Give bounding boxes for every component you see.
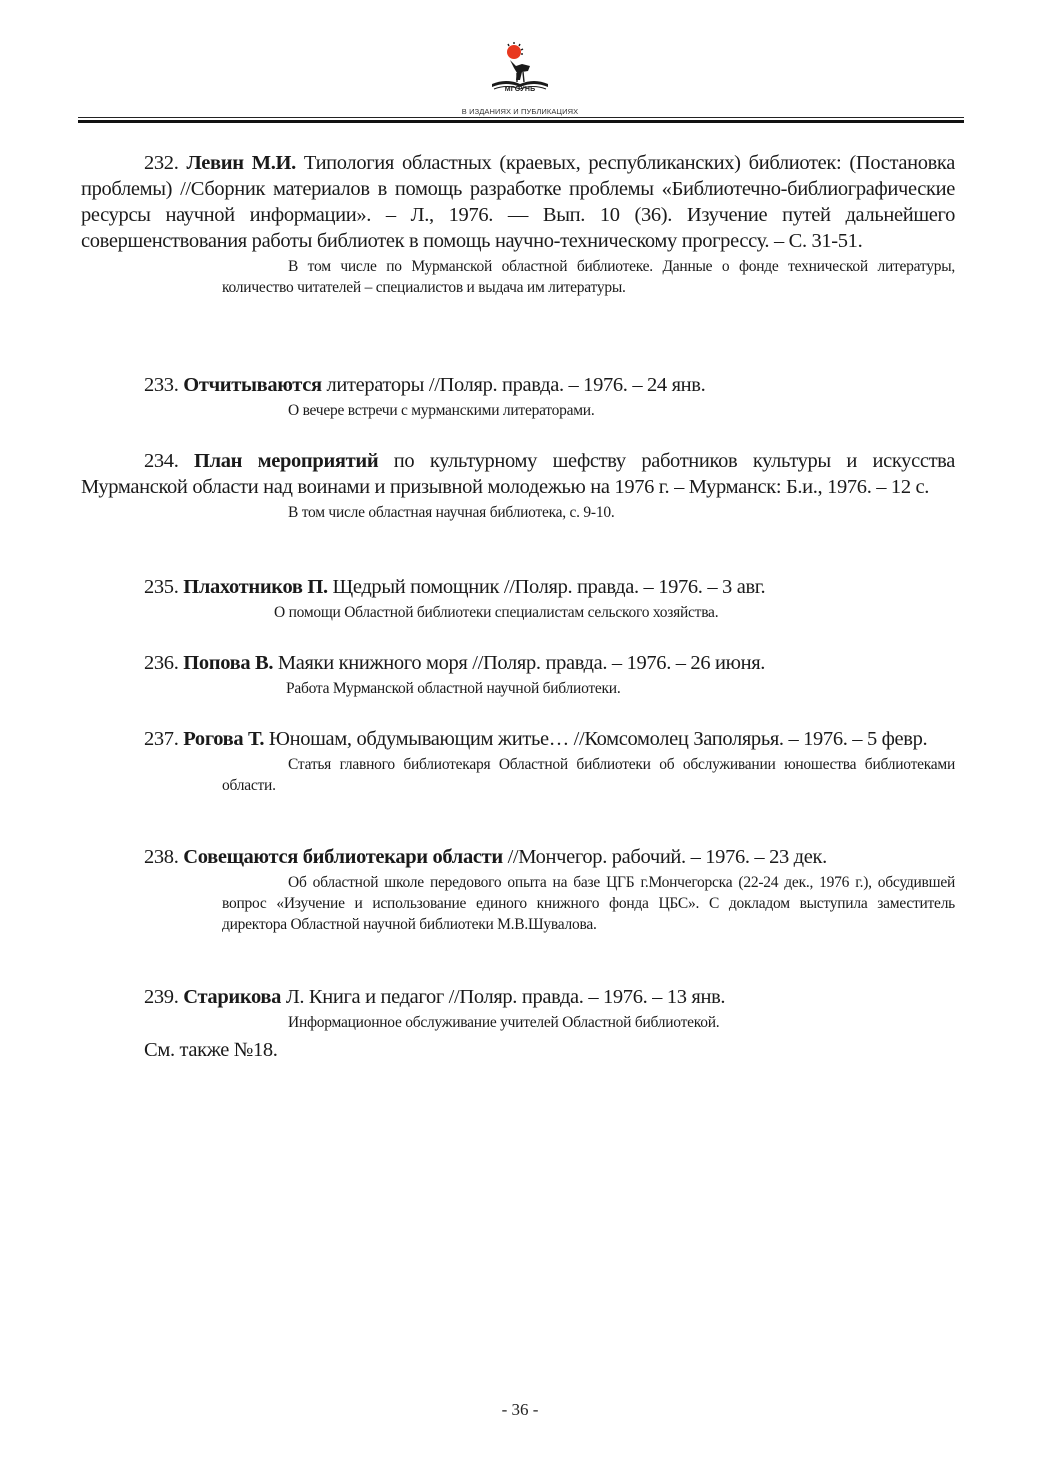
entry-annotation: О вечере встречи с мурманскими литератор… [81,400,955,421]
see-also-reference: См. также №18. [81,1037,955,1063]
entry-number: 234. [144,450,178,472]
entry-annotation: В том числе областная научная библиотека… [81,502,955,523]
entry-annotation: О помощи Областной библиотеки специалист… [81,602,955,623]
entry-annotation: Информационное обслуживание учителей Обл… [81,1012,955,1033]
entry-author: Старикова [183,986,281,1008]
entry-author: Левин М.И. [187,152,296,174]
bibliography-entry: 236. Попова В. Маяки книжного моря //Пол… [81,650,955,699]
entry-text: литераторы //Поляр. правда. – 1976. – 24… [322,374,706,396]
bibliography-entry: 235. Плахотников П. Щедрый помощник //По… [81,574,955,623]
entry-author: Отчитываются [183,374,322,396]
entry-citation: 238. Совещаются библиотекари области //М… [81,844,955,870]
entry-annotation: Об областной школе передового опыта на б… [81,872,955,935]
page-number: - 36 - [0,1400,1040,1420]
entry-annotation: В том числе по Мурманской областной библ… [81,256,955,298]
header-rule-thin [78,117,964,118]
entry-citation: 233. Отчитываются литераторы //Поляр. пр… [81,372,955,398]
entry-author: План мероприятий [194,450,378,472]
bibliography-entry: 239. Старикова Л. Книга и педагог //Поля… [81,984,955,1063]
entry-citation: 234. План мероприятий по культурному шеф… [81,448,955,500]
entry-number: 235. [144,576,178,598]
bibliography-entry: 234. План мероприятий по культурному шеф… [81,448,955,523]
entry-author: Совещаются библиотекари области [183,846,503,868]
bibliography-entry: 232. Левин М.И. Типология областных (кра… [81,150,955,298]
entry-text: Л. Книга и педагог //Поляр. правда. – 19… [281,986,725,1008]
bibliography-entry: 233. Отчитываются литераторы //Поляр. пр… [81,372,955,421]
entry-author: Рогова Т. [183,728,264,750]
entry-number: 239. [144,986,178,1008]
entry-citation: 237. Рогова Т. Юношам, обдумывающим жить… [81,726,955,752]
bibliography-entry: 238. Совещаются библиотекари области //М… [81,844,955,935]
entry-number: 236. [144,652,178,674]
header-rule-thick [78,120,964,123]
entry-annotation: Работа Мурманской областной научной библ… [81,678,955,699]
entry-citation: 239. Старикова Л. Книга и педагог //Поля… [81,984,955,1010]
entry-number: 238. [144,846,178,868]
bibliography-entry: 237. Рогова Т. Юношам, обдумывающим жить… [81,726,955,796]
entry-number: 237. [144,728,178,750]
entry-text: Щедрый помощник //Поляр. правда. – 1976.… [328,576,766,598]
entry-citation: 232. Левин М.И. Типология областных (кра… [81,150,955,254]
entry-text: //Мончегор. рабочий. – 1976. – 23 дек. [503,846,827,868]
entry-text: Маяки книжного моря //Поляр. правда. – 1… [273,652,765,674]
entry-number: 233. [144,374,178,396]
entry-annotation: Статья главного библиотекаря Областной б… [81,754,955,796]
entry-author: Попова В. [183,652,273,674]
logo-text: МГОУНБ [0,86,1040,93]
header-tagline: В ИЗДАНИЯХ И ПУБЛИКАЦИЯХ [0,107,1040,116]
entry-author: Плахотников П. [183,576,328,598]
entry-text: Юношам, обдумывающим житье… //Комсомолец… [264,728,927,750]
page-header: МГОУНБ В ИЗДАНИЯХ И ПУБЛИКАЦИЯХ [0,0,1040,125]
entry-citation: 235. Плахотников П. Щедрый помощник //По… [81,574,955,600]
entry-citation: 236. Попова В. Маяки книжного моря //Пол… [81,650,955,676]
entry-number: 232. [144,152,178,174]
